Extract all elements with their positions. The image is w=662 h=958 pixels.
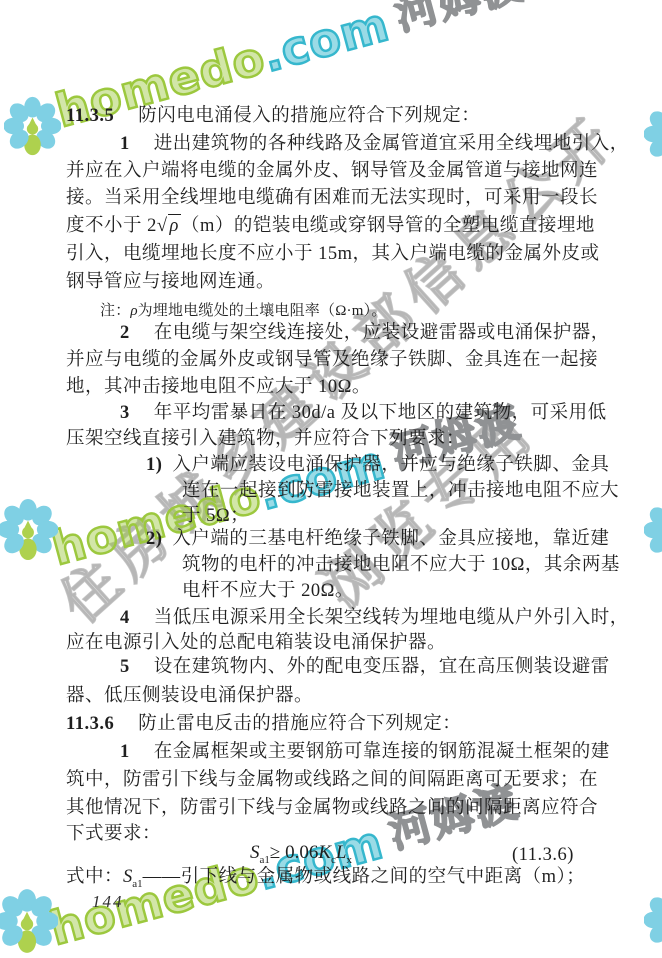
text-line: 器、低压侧装设电涌保护器。 bbox=[66, 685, 313, 707]
text-line: 电杆不应大于 20Ω。 bbox=[182, 580, 354, 602]
text-line: 应在电源引入处的总配电箱装设电涌保护器。 bbox=[66, 632, 446, 654]
text-line: 度不小于 2 √ρ（m）的铠装电缆或穿钢导管的全塑电缆直接埋地 bbox=[66, 214, 595, 237]
text-line: 2)入户端的三基电杆绝缘子铁脚、金具应接地，靠近建 bbox=[146, 528, 609, 550]
text-line: 接。当采用全线埋地电缆确有困难而无法实现时，可采用一段长 bbox=[66, 187, 598, 209]
text-layer: 11.3.5防闪电电涌侵入的措施应符合下列规定：1进出建筑物的各种线路及金属管道… bbox=[0, 0, 662, 958]
text-line: 1)入户端应装设电涌保护器，并应与绝缘子铁脚、金具 bbox=[146, 454, 609, 476]
clause-11-3-6-title: 11.3.6防止雷电反击的措施应符合下列规定： bbox=[66, 713, 461, 735]
text-line: 筑物的电杆的冲击接地电阻不应大于 10Ω，其余两基 bbox=[182, 554, 620, 576]
text-line: 下式要求： bbox=[66, 823, 161, 845]
text-line: 并应与电缆的金属外皮或钢导管及绝缘子铁脚、金具连在一起接 bbox=[66, 349, 598, 371]
text-line: 引入，电缆埋地长度不应小于 15m，其入户端电缆的金属外皮或 bbox=[66, 243, 600, 265]
text-line: 4当低压电源采用全长架空线转为埋地电缆从户外引入时， bbox=[120, 607, 629, 629]
text-line: 连在一起接到防雷接地装置上，冲击接地电阻不应大 bbox=[182, 480, 619, 502]
text-line: 3年平均雷暴日在 30d/a 及以下地区的建筑物，可采用低 bbox=[120, 402, 607, 424]
text-line: 5设在建筑物内、外的配电变压器，宜在高压侧装设避雷 bbox=[120, 656, 610, 678]
text-line: 压架空线直接引入建筑物，并应符合下列要求： bbox=[66, 428, 465, 450]
text-line: 并应在入户端将电缆的金属外皮、钢导管及金属管道与接地网连 bbox=[66, 160, 598, 182]
text-line: 筑中，防雷引下线与金属物或线路之间的间隔距离可无要求；在 bbox=[66, 769, 598, 791]
formula-legend: 式中：Sa1——引下线与金属物或线路之间的空气中距离（m）； bbox=[66, 866, 585, 895]
text-line: 1在金属框架或主要钢筋可靠连接的钢筋混凝土框架的建 bbox=[120, 741, 610, 763]
page-number: 144 bbox=[92, 891, 124, 913]
clause-11-3-5-title: 11.3.5防闪电电涌侵入的措施应符合下列规定： bbox=[66, 105, 480, 127]
text-line: 1进出建筑物的各种线路及金属管道宜采用全线埋地引入， bbox=[120, 133, 629, 155]
equation-number: (11.3.6) bbox=[512, 844, 574, 866]
text-line: 2在电缆与架空线连接处，应装设避雷器或电涌保护器， bbox=[120, 322, 610, 344]
text-line: 其他情况下，防雷引下线与金属物或线路之间的间隔距离应符合 bbox=[66, 797, 598, 819]
text-line: 于 5Ω； bbox=[182, 505, 249, 527]
text-line: 地，其冲击接地电阻不应大于 10Ω。 bbox=[66, 376, 371, 398]
text-line: 钢导管应与接地网连通。 bbox=[66, 271, 275, 293]
scanned-document-page: 住房城乡建设部信息公开 浏览专用 homedo.com河姆渡 homedo.co… bbox=[0, 0, 662, 958]
note-line: 注：ρ 为埋地电缆处的土壤电阻率（Ω·m）。 bbox=[100, 300, 387, 322]
